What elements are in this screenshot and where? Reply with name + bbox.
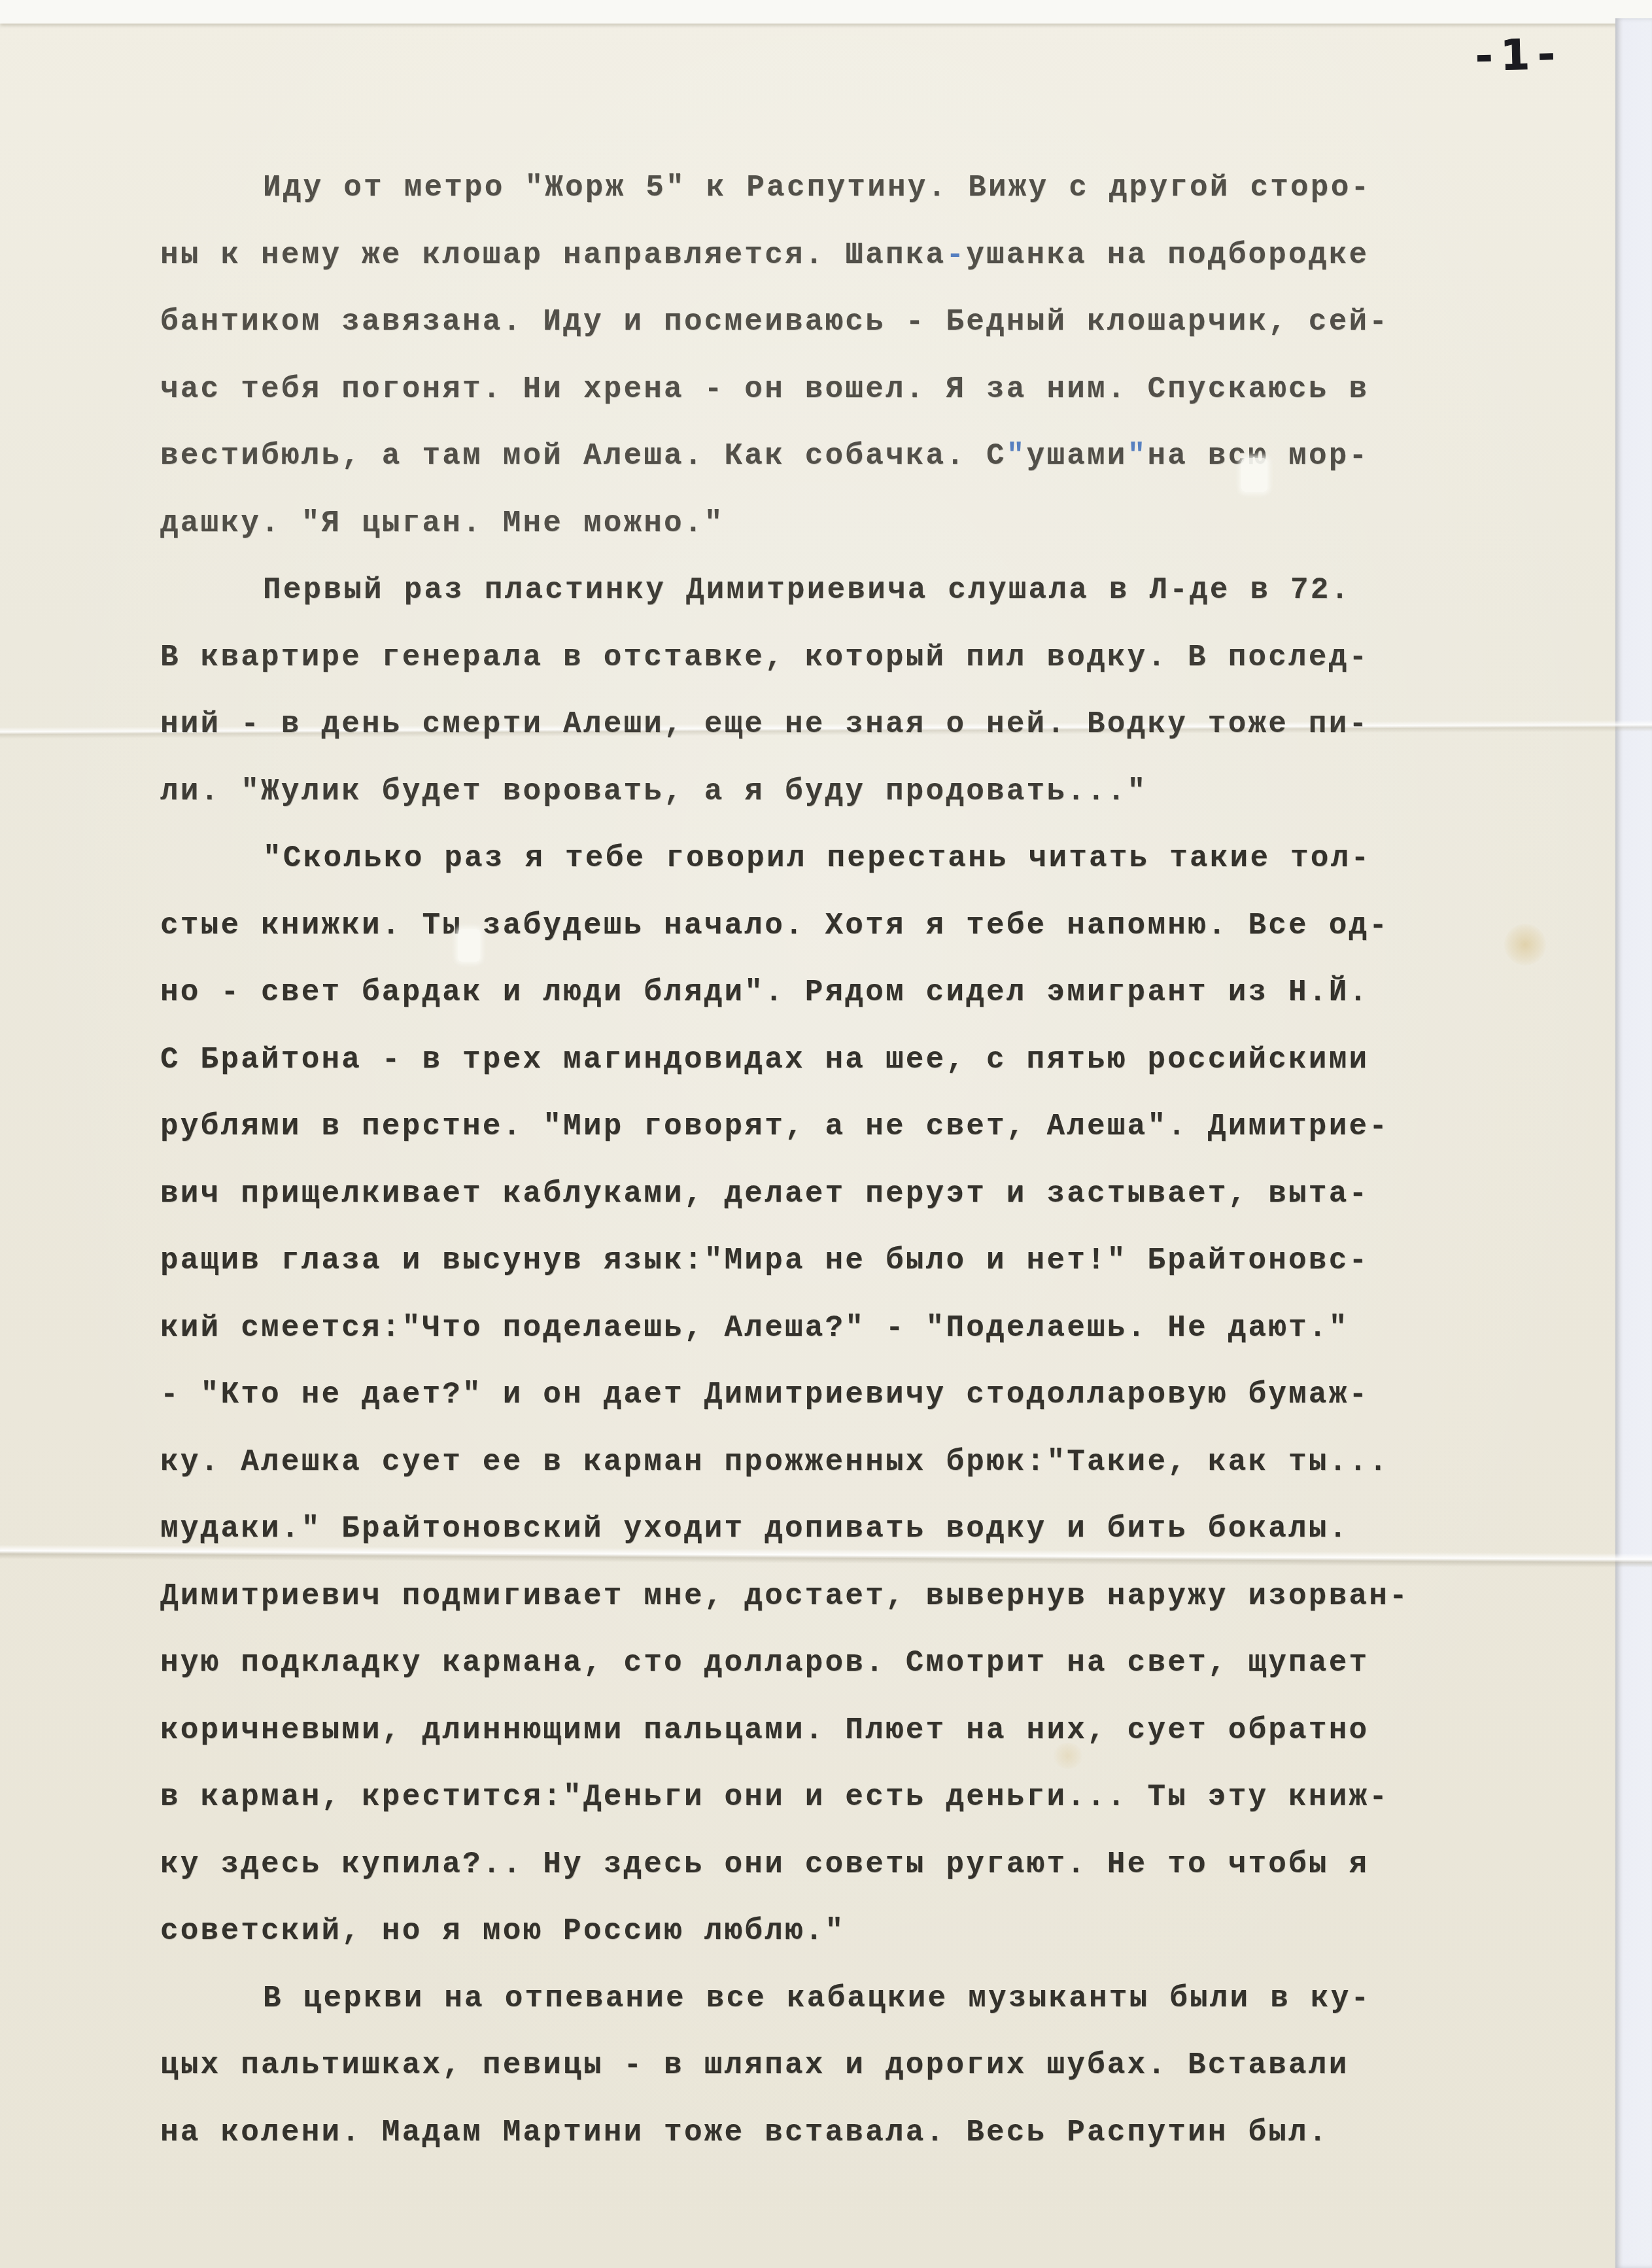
typewritten-run: цых пальтишках, певицы - в шляпах и доро… (160, 2048, 1349, 2082)
typewritten-run: но - свет бардак и люди бляди". Рядом си… (160, 975, 1369, 1009)
text-line: дашку. "Я цыган. Мне можно." (160, 490, 1466, 557)
typewritten-run: В церкви на отпевание все кабацкие музык… (263, 1981, 1371, 2015)
text-line: вич прищелкивает каблуками, делает перуэ… (160, 1160, 1466, 1228)
text-line: цых пальтишках, певицы - в шляпах и доро… (160, 2032, 1466, 2099)
text-line: ку здесь купила?.. Ну здесь они советы р… (160, 1831, 1466, 1898)
typewritten-run: советский, но я мою Россию люблю." (160, 1914, 845, 1948)
text-line: стые книжки. Ты забудешь начало. Хотя я … (160, 892, 1466, 960)
typewritten-run: дашку. "Я цыган. Мне можно." (160, 506, 725, 540)
text-line: ную подкладку кармана, сто долларов. Смо… (160, 1630, 1466, 1697)
typewritten-run: ращив глаза и высунув язык:"Мира не было… (160, 1244, 1369, 1278)
typewritten-run: на всю мор- (1147, 439, 1369, 473)
text-line: ний - в день смерти Алеши, еще не зная о… (160, 691, 1466, 758)
typewritten-run: вич прищелкивает каблуками, делает перуэ… (160, 1177, 1369, 1211)
blue-ink-annotation: " (1007, 439, 1027, 473)
text-line: ли. "Жулик будет воровать, а я буду прод… (160, 758, 1466, 826)
typewritten-run: час тебя погонят. Ни хрена - он вошел. Я… (160, 372, 1369, 406)
text-line: бантиком завязана. Иду и посмеиваюсь - Б… (160, 288, 1466, 356)
typewritten-run: ний - в день смерти Алеши, еще не зная о… (160, 707, 1369, 741)
text-line: Иду от метро "Жорж 5" к Распутину. Вижу … (160, 154, 1466, 222)
typewritten-run: ку здесь купила?.. Ну здесь они советы р… (160, 1847, 1369, 1881)
typewritten-run: Первый раз пластинку Димитриевича слушал… (263, 573, 1351, 607)
text-line: - "Кто не дает?" и он дает Димитриевичу … (160, 1361, 1466, 1429)
text-line: вестибюль, а там мой Алеша. Как собачка.… (160, 423, 1466, 490)
typewritten-run: ли. "Жулик будет воровать, а я буду прод… (160, 775, 1147, 809)
scanned-typescript-page: -1- Иду от метро "Жорж 5" к Распутину. В… (0, 0, 1652, 2268)
text-line: час тебя погонят. Ни хрена - он вошел. Я… (160, 356, 1466, 423)
text-line: в карман, крестится:"Деньги они и есть д… (160, 1764, 1466, 1831)
blue-ink-annotation: " (1127, 439, 1148, 473)
text-line: В квартире генерала в отставке, который … (160, 624, 1466, 691)
text-line: Димитриевич подмигивает мне, достает, вы… (160, 1563, 1466, 1630)
typewritten-run: ушанка на подбородке (966, 238, 1369, 272)
typewritten-run: ку. Алешка сует ее в карман прожженных б… (160, 1445, 1389, 1479)
text-line: на колени. Мадам Мартини тоже вставала. … (160, 2099, 1466, 2167)
text-line: коричневыми, длиннющими пальцами. Плюет … (160, 1697, 1466, 1764)
paper-stain (1504, 924, 1546, 966)
blue-ink-annotation: - (946, 238, 966, 272)
typewritten-run: Иду от метро "Жорж 5" к Распутину. Вижу … (263, 171, 1371, 205)
typewritten-run: в карман, крестится:"Деньги они и есть д… (160, 1780, 1389, 1814)
text-line: советский, но я мою Россию люблю." (160, 1898, 1466, 1965)
typewritten-run: коричневыми, длиннющими пальцами. Плюет … (160, 1713, 1369, 1747)
typewritten-run: мудаки." Брайтоновский уходит допивать в… (160, 1512, 1349, 1546)
typewritten-run: рублями в перстне. "Мир говорят, а не св… (160, 1109, 1389, 1143)
text-line: ны к нему же клошар направляется. Шапка-… (160, 222, 1466, 289)
text-line: С Брайтона - в трех магиндовидах на шее,… (160, 1026, 1466, 1094)
text-line: ку. Алешка сует ее в карман прожженных б… (160, 1429, 1466, 1496)
typewritten-run: на колени. Мадам Мартини тоже вставала. … (160, 2116, 1329, 2150)
scanner-edge-top (0, 0, 1652, 24)
typewritten-run: ную подкладку кармана, сто долларов. Смо… (160, 1646, 1369, 1680)
scanner-edge-right (1615, 18, 1652, 2268)
text-line: кий смеется:"Что поделаешь, Алеша?" - "П… (160, 1295, 1466, 1362)
typewritten-run: - "Кто не дает?" и он дает Димитриевичу … (160, 1378, 1369, 1412)
text-line: Первый раз пластинку Димитриевича слушал… (160, 557, 1466, 624)
typewritten-run: С Брайтона - в трех магиндовидах на шее,… (160, 1043, 1369, 1077)
handwritten-page-number: -1- (1475, 30, 1564, 80)
typewritten-run: ны к нему же клошар направляется. Шапка (160, 238, 946, 272)
typewritten-run: бантиком завязана. Иду и посмеиваюсь - Б… (160, 305, 1389, 339)
typewritten-run: Димитриевич подмигивает мне, достает, вы… (160, 1579, 1409, 1613)
typewritten-run: вестибюль, а там мой Алеша. Как собачка.… (160, 439, 1007, 473)
text-line: В церкви на отпевание все кабацкие музык… (160, 1965, 1466, 2032)
typewritten-run: ушами (1027, 439, 1127, 473)
typewritten-run: кий смеется:"Что поделаешь, Алеша?" - "П… (160, 1311, 1349, 1345)
typescript-text: Иду от метро "Жорж 5" к Распутину. Вижу … (160, 154, 1466, 2166)
typewritten-run: В квартире генерала в отставке, который … (160, 640, 1369, 674)
text-line: ращив глаза и высунув язык:"Мира не было… (160, 1227, 1466, 1295)
typewritten-run: "Сколько раз я тебе говорил перестань чи… (263, 841, 1371, 875)
typewritten-run: стые книжки. Ты забудешь начало. Хотя я … (160, 909, 1389, 943)
text-line: но - свет бардак и люди бляди". Рядом си… (160, 959, 1466, 1026)
text-line: рублями в перстне. "Мир говорят, а не св… (160, 1093, 1466, 1160)
text-line: мудаки." Брайтоновский уходит допивать в… (160, 1495, 1466, 1563)
text-line: "Сколько раз я тебе говорил перестань чи… (160, 825, 1466, 892)
